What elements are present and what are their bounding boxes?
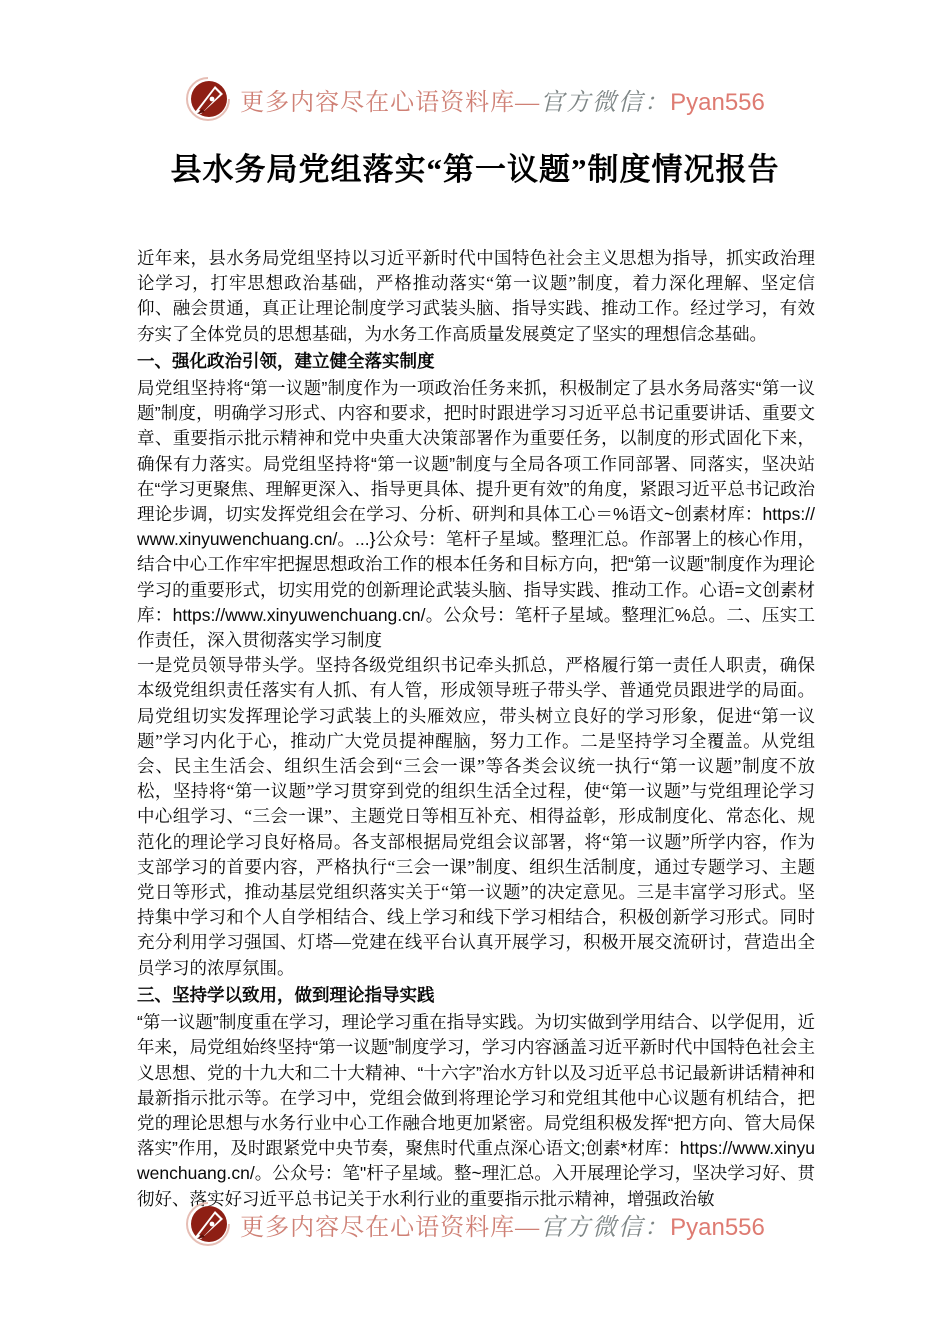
pen-circle-logo-icon (185, 76, 231, 122)
header-branding: 更多内容尽在心语资料库—官方微信：Pyan556 (0, 76, 950, 122)
document-title: 县水务局党组落实“第一议题”制度情况报告 (0, 144, 950, 189)
paragraph-section-2: 一是党员领导带头学。坚持各级党组织书记牵头抓总，严格履行第一责任人职责，确保本级… (137, 653, 815, 981)
footer-wechat-account: Pyan556 (670, 1214, 765, 1241)
heading-section-1: 一、强化政治引领，建立健全落实制度 (137, 349, 815, 374)
header-wechat-label: 官方微信： (540, 90, 670, 116)
paragraph-section-1: 局党组坚持将“第一议题”制度作为一项政治任务来抓，积极制定了县水务局落实“第一议… (137, 376, 815, 653)
header-brand-prefix: 更多内容尽在心语资料库— (240, 90, 540, 116)
footer-branding-text: 更多内容尽在心语资料库—官方微信：Pyan556 (240, 1207, 765, 1242)
paragraph-section-3: “第一议题”制度重在学习，理论学习重在指导实践。为切实做到学用结合、以学促用，近… (137, 1010, 815, 1212)
footer-wechat-label: 官方微信： (540, 1215, 670, 1241)
document-page: 更多内容尽在心语资料库—官方微信：Pyan556 县水务局党组落实“第一议题”制… (0, 0, 950, 1344)
footer-brand-prefix: 更多内容尽在心语资料库— (240, 1215, 540, 1241)
header-wechat-account: Pyan556 (670, 89, 765, 116)
heading-section-3: 三、坚持学以致用，做到理论指导实践 (137, 983, 815, 1008)
header-branding-text: 更多内容尽在心语资料库—官方微信：Pyan556 (240, 82, 765, 117)
pen-circle-logo-icon (185, 1201, 231, 1247)
footer-branding: 更多内容尽在心语资料库—官方微信：Pyan556 (0, 1201, 950, 1247)
document-body: 近年来，县水务局党组坚持以习近平新时代中国特色社会主义思想为指导，抓实政治理论学… (137, 246, 815, 1212)
paragraph-intro: 近年来，县水务局党组坚持以习近平新时代中国特色社会主义思想为指导，抓实政治理论学… (137, 246, 815, 347)
